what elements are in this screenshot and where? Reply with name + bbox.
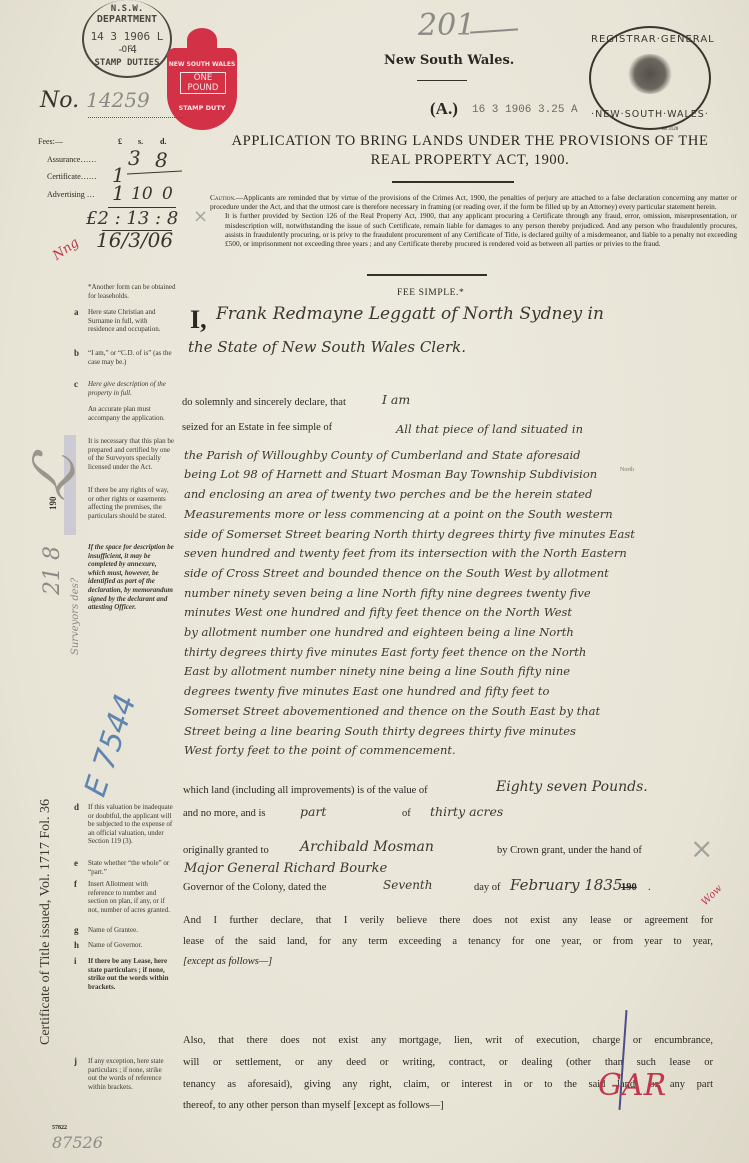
application-number: No. 14259 [40, 88, 150, 113]
lease-except-as-follows: [except as follows—] [183, 956, 272, 967]
state-heading: New South Wales. [384, 53, 514, 68]
margin-note-i: iIf there be any Lease, here state parti… [88, 957, 174, 991]
number-underline [88, 117, 183, 118]
red-initials-governor: Wow [700, 883, 725, 908]
granted-to-text: originally granted to [183, 845, 269, 856]
margin-note-a: aHere state Christian and Surname in ful… [88, 308, 174, 334]
description-line: Measurements more or less commencing at … [184, 507, 613, 521]
fee-advertising-shillings: 10 [131, 184, 153, 204]
description-line: the Parish of Willoughby County of Cumbe… [184, 448, 581, 462]
margin-note-e: eState whether “the whole” or “part.” [88, 859, 174, 876]
form-code: (A.) [430, 99, 458, 119]
postmark-line5: STAMP DUTIES [84, 58, 170, 68]
red-initials-fees: Nng [50, 235, 82, 263]
certificate-of-title-issued: Certificate of Title issued, Vol. 1717 F… [38, 799, 54, 1045]
caution-para1: Applicants are reminded that by virtue o… [210, 193, 737, 211]
application-number-value: 14259 [86, 88, 150, 112]
duty-stamp-value: ONE POUND [180, 72, 226, 94]
description-line: All that piece of land situated in [396, 422, 583, 436]
declaration-intro: I, [190, 305, 207, 335]
application-number-label: No. [40, 88, 79, 113]
fee-assurance-label: Assurance…… [47, 155, 96, 164]
grantee-name: Archibald Mosman [300, 839, 434, 855]
description-line: Somerset Street abovementioned and thenc… [184, 704, 600, 718]
encumbrance-clause-line2: will or settlement, or any deed or writi… [183, 1057, 713, 1068]
margin-note-rights: If there be any rights of way, or other … [88, 486, 174, 520]
pencil-x-mark-grant: × [690, 832, 713, 865]
declarant-occupation: the State of New South Wales Clerk. [188, 338, 466, 356]
postmark-line2: DEPARTMENT [84, 14, 170, 25]
margin-note-h: hName of Governor. [88, 941, 174, 950]
fee-advertising-pounds: 1 [112, 181, 125, 205]
description-line: Street being a line bearing South thirty… [184, 724, 576, 738]
title-rule [392, 181, 514, 183]
pencil-stroke [470, 28, 518, 33]
margin-note-f: fInsert Allotment with reference to numb… [88, 880, 174, 914]
caution-para2: It is further provided by Section 126 of… [210, 211, 737, 248]
solemn-declaration-text: do solemnly and sincerely declare, that [182, 397, 346, 408]
document-page: N.S.W. DEPARTMENT 14 3 1906 L - 4 OF STA… [0, 0, 749, 1163]
fees-col-shillings: s. [138, 137, 143, 146]
fees-col-pence: d. [160, 137, 166, 146]
margin-note-surveyors: It is necessary that this plan be prepar… [88, 437, 174, 471]
fees-date: 16/3/06 [96, 228, 173, 252]
description-line: number ninety seven being a line North f… [184, 586, 591, 600]
coat-of-arms-icon [627, 54, 673, 94]
crown-icon [187, 28, 217, 52]
fees-label: Fees:— [38, 137, 63, 146]
description-line: by allotment number one hundred and eigh… [184, 625, 574, 639]
blue-crayon-number: E 7544 [78, 690, 144, 801]
description-line: degrees twenty five minutes East one hun… [184, 684, 549, 698]
governor-text: Governor of the Colony, dated the [183, 882, 326, 893]
stamp-duties-postmark: N.S.W. DEPARTMENT 14 3 1906 L - 4 OF STA… [82, 0, 172, 78]
fee-simple-heading: FEE SIMPLE.* [397, 288, 464, 298]
declarant-name-residence: Frank Redmayne Leggatt of North Sydney i… [216, 304, 604, 324]
encumbrance-clause-line4: thereof, to any other person than myself… [183, 1100, 444, 1111]
caution-lead: Caution.— [210, 193, 243, 202]
caution-rule [367, 274, 487, 276]
form-title-line1: APPLICATION TO BRING LANDS UNDER THE PRO… [210, 133, 730, 150]
duty-stamp-top: NEW SOUTH WALES [167, 61, 237, 68]
fee-assurance-shillings: 3 [128, 146, 141, 170]
description-line: and enclosing an area of twenty two perc… [184, 487, 592, 501]
margin-note-d: dIf this valuation be inadequate or doub… [88, 803, 174, 846]
description-line: being Lot 98 of Harnett and Stuart Mosma… [184, 467, 597, 481]
margin-note-leasehold: *Another form can be obtained for leaseh… [88, 283, 176, 300]
seal-top-text: REGISTRAR·GENERAL [591, 34, 709, 45]
governor-name: Major General Richard Bourke [184, 861, 387, 876]
seized-text: seized for an Estate in fee simple of [182, 422, 332, 433]
description-line: seven hundred and twenty feet from its i… [184, 546, 627, 560]
received-date-stamp: 16 3 1906 3.25 A [472, 104, 578, 116]
registrar-general-seal: REGISTRAR·GENERAL ·NEW·SOUTH·WALES· [589, 26, 711, 130]
description-line: thirty degrees thirty five minutes East … [184, 645, 586, 659]
of-label: of [402, 808, 411, 819]
lease-clause-line2: lease of the said land, for any term exc… [183, 936, 713, 947]
duty-stamp-bottom: STAMP DUTY [167, 104, 237, 112]
surveyors-pencil-note: Surveyors des? [70, 578, 81, 655]
form-print-number: 57822 [52, 1125, 67, 1131]
valuation-text: which land (including all improvements) … [183, 785, 428, 796]
margin-note-c: cHere give description of the property i… [88, 380, 174, 397]
margin-note-annexure: If the space for description be insuffic… [88, 543, 174, 612]
margin-note-plan: An accurate plan must accompany the appl… [88, 405, 174, 422]
pencil-x-mark: × [193, 206, 208, 227]
seal-bottom-text: ·NEW·SOUTH·WALES· [591, 109, 709, 120]
description-line: West forty feet to the point of commence… [184, 743, 456, 757]
red-initials-signature: GAR [598, 1068, 666, 1103]
i-am-entry: I am [382, 392, 410, 407]
fee-assurance-pence: 8 [155, 148, 168, 172]
description-line: side of Cross Street and bounded thence … [184, 566, 609, 580]
description-line: East by allotment number ninety nine bei… [184, 664, 570, 678]
fee-certificate-label: Certificate…… [47, 172, 97, 181]
pencil-signature-large: ℒ [11, 443, 92, 508]
allotment-value: thirty acres [430, 804, 503, 819]
caution-notice: Caution.—Applicants are reminded that by… [210, 193, 737, 248]
description-line: side of Somerset Street bearing North th… [184, 527, 635, 541]
print-code: 88 3120 [662, 127, 678, 132]
encumbrance-clause-line1: Also, that there does not exist any mort… [183, 1035, 713, 1046]
margin-note-b: b“I am,” or “C.D. of is” (as the case ma… [88, 349, 174, 366]
pencil-initials-vertical: 21 8 [40, 546, 65, 595]
fee-advertising-pence: 0 [162, 184, 173, 204]
land-value: Eighty seven Pounds. [496, 779, 648, 795]
postmark-line4: OF [84, 45, 170, 55]
whole-or-part-value: part [300, 804, 326, 819]
fee-advertising-label: Advertising … [47, 190, 95, 199]
postmark-line1: N.S.W. [84, 4, 170, 14]
form-title-line2: REAL PROPERTY ACT, 1900. [210, 152, 730, 169]
interlined-north: North [620, 467, 634, 473]
grant-day: Seventh [383, 878, 432, 892]
lease-clause-line1: And I further declare, that I verily bel… [183, 915, 713, 926]
margin-note-j: jIf any exception, here state particular… [88, 1057, 166, 1091]
fees-total: £2 : 13 : 8 [86, 208, 178, 229]
fee-certificate-dash [127, 171, 182, 175]
struck-year: 190 [621, 882, 637, 893]
day-of-text: day of [474, 882, 501, 893]
handwritten-number: 201 [418, 8, 475, 43]
whole-or-part-text: and no more, and is [183, 808, 266, 819]
pencil-reference-number: 87526 [52, 1133, 103, 1152]
description-line: minutes West one hundred and fifty feet … [184, 605, 572, 619]
crown-grant-text: by Crown grant, under the hand of [497, 845, 642, 856]
fees-col-pounds: £ [118, 137, 122, 146]
period: . [648, 882, 651, 893]
state-underline [417, 80, 467, 81]
margin-note-g: gName of Grantee. [88, 926, 174, 935]
grant-month-year: February 1835 [510, 876, 622, 894]
